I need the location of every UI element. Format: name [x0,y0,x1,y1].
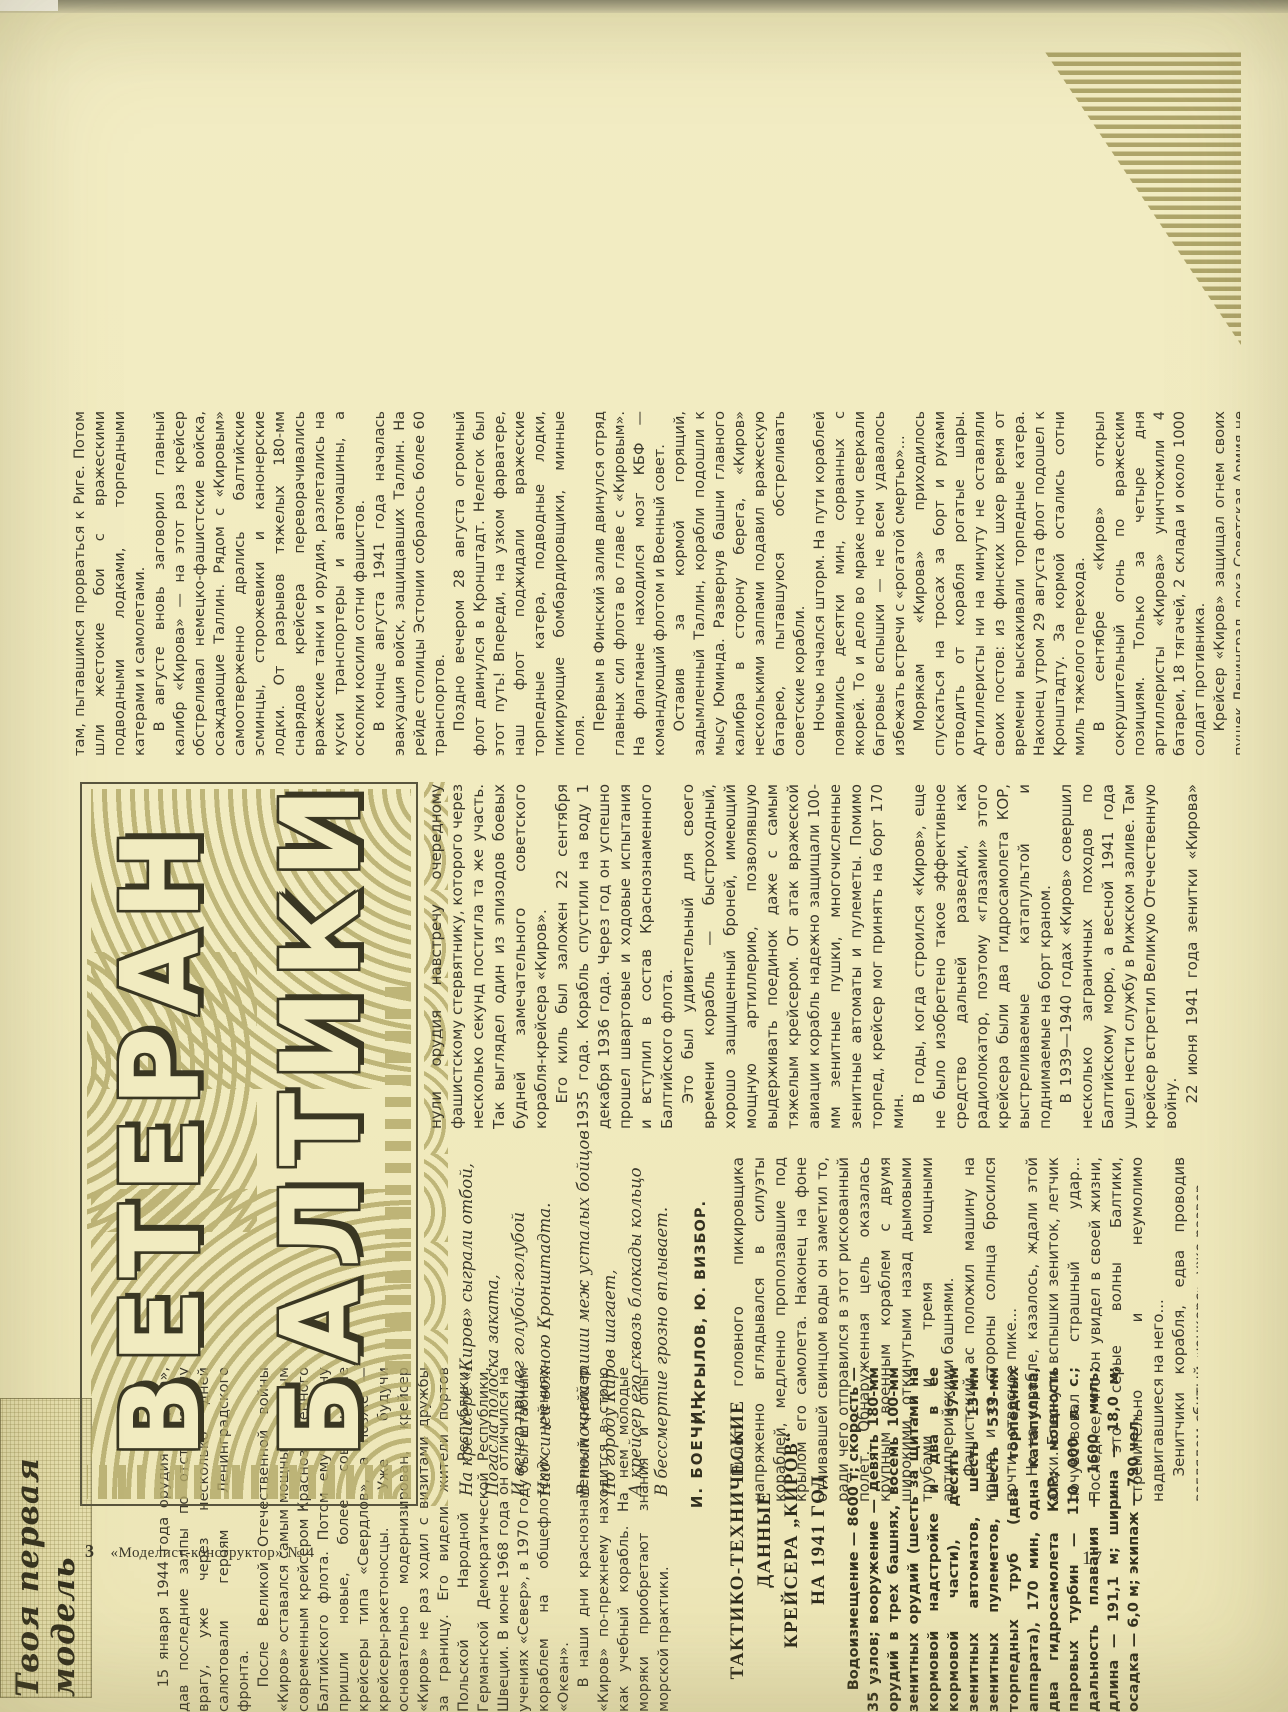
article-paragraph: Поздно вечером 28 августа огромный флот … [450,411,590,756]
poem-line: На крейсере «Киров» сыграли отбой, [454,1156,480,1496]
epigraph-poem: На крейсере «Киров» сыграли отбой,Погасл… [454,1156,714,1496]
poem-line: По городу Киров шагает, [597,1156,623,1496]
article-paragraph: В августе вновь заговорил главный калибр… [150,411,370,756]
article-title-line1: ВЕТЕРАН [82,784,242,1504]
article-paragraph: Морякам «Кирова» приходилось спускаться … [910,411,1090,756]
poem-line: А крейсер его сквозь блокады кольцо [623,1156,649,1496]
magazine-page: ВЕТЕРАН БАЛТИКИ На крейсере «Киров» сыгр… [0,0,1288,1712]
article-paragraph: Оставив за кормой горящий, задымленный Т… [670,411,810,756]
article-paragraph: Это был удивительный для своего времени … [678,784,909,1129]
article-paragraph: Ночью начался шторм. На пути кораблей по… [810,411,910,756]
article-paragraph: Его киль был заложен 22 сентября 1935 го… [552,784,678,1129]
article-paragraph: Пилот головного пикировщика напряженно в… [728,1157,959,1502]
imprint-line: 3«Моделист-конструктор» № 4 [85,1541,315,1562]
rubric-box: Твоя первая модель [0,1398,92,1698]
imprint-number: 3 [85,1541,95,1561]
article-paragraph: В конце августа 1941 года началась эваку… [370,411,450,756]
striped-corner-ornament [1043,49,1241,345]
poem-line: Над синей волною Кронштадта. [532,1156,558,1496]
article-paragraph: Крейсер «Киров» защищал огнем своих пуше… [1210,411,1240,756]
poem-line: В бессмертие грозно вплывает. [649,1156,675,1496]
article-paragraph: там, пытавшимся прорваться к Риге. Потом… [70,411,150,756]
poem-line: В полночной тиши меж усталых бойцов [571,1156,597,1496]
poem-stanza-1: На крейсере «Киров» сыграли отбой,Погасл… [454,1156,558,1496]
article-column-2: нули орудия навстречу очередному фашистс… [426,784,1206,1129]
article-paragraph: Первым в Финский залив двинулся отряд гл… [590,411,670,756]
page-edge-shadow [0,0,1288,13]
article-paragraph: Зенитчики корабля, едва проводив взглядо… [1169,1157,1198,1502]
article-title-block: ВЕТЕРАН БАЛТИКИ [80,782,418,1506]
article-paragraph: В сентябре «Киров» открыл сокрушительный… [1090,411,1210,756]
page-number: 17 [1082,1548,1103,1570]
poem-stanza-2: В полночной тиши меж усталых бойцовПо го… [571,1156,675,1496]
page-corner-chip [0,0,58,11]
rubric-label: Твоя первая модель [10,1399,82,1697]
article-title-line2: БАЛТИКИ [242,784,402,1504]
rotated-page-content: ВЕТЕРАН БАЛТИКИ На крейсере «Киров» сыгр… [0,0,1288,1712]
article-paragraph: 22 июня 1941 года зенитки «Кирова» откры… [1182,784,1206,1129]
poem-line: Погасла полоска заката, [480,1156,506,1496]
poem-line: И вечер прилег голубой-голубой [506,1156,532,1496]
poem-byline: Г. КРЫЛОВ, Ю. ВИЗБОР. [688,1156,714,1496]
article-paragraph: Но на корабле, казалось, ждали этой атак… [1022,1157,1169,1502]
article-paragraph: В 1939—1940 годах «Киров» совершил неско… [1056,784,1182,1129]
article-paragraph: нули орудия навстречу очередному фашистс… [426,784,552,1129]
article-paragraph: В годы, когда строился «Киров», еще не б… [909,784,1056,1129]
article-paragraph: Фашистский ас положил машину на крыло и … [959,1157,1022,1502]
article-column-3: там, пытавшимся прорваться к Риге. Потом… [70,411,1240,756]
imprint-text: «Моделист-конструктор» № 4 [111,1545,315,1561]
article-column-1: Пилот головного пикировщика напряженно в… [728,1157,1198,1502]
